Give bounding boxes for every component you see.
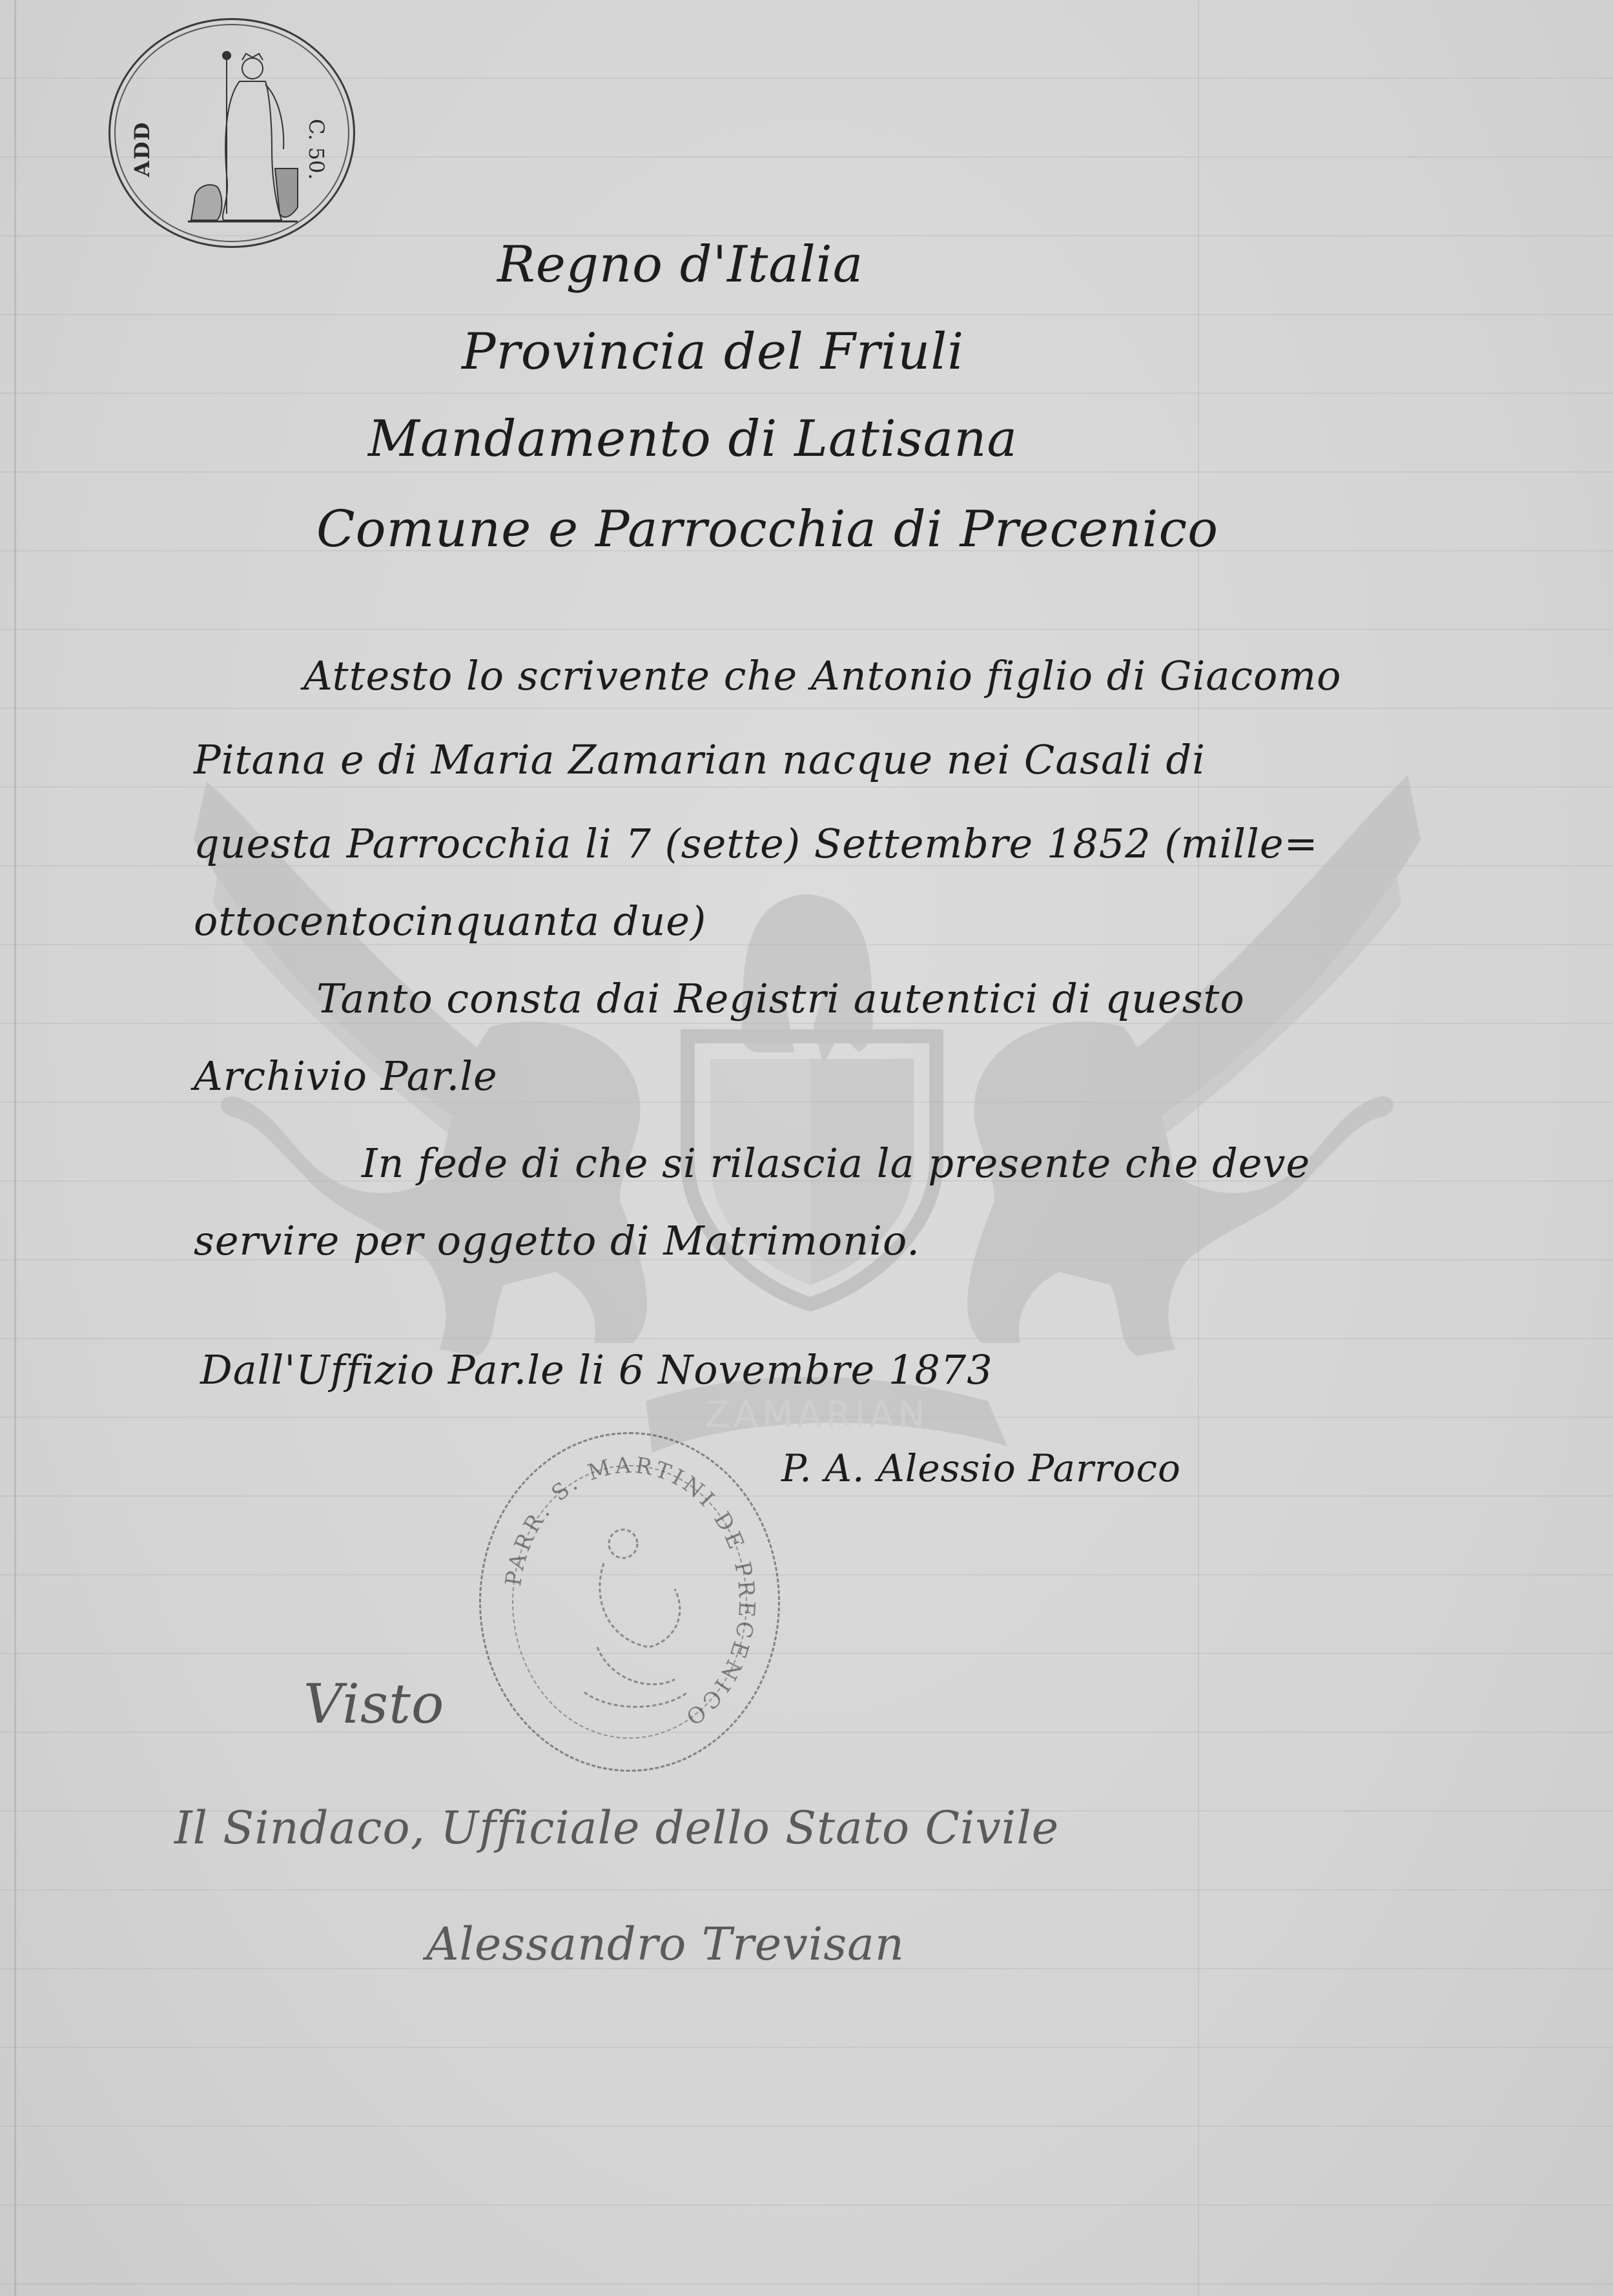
- place-date: Dall'Uffizio Par.le li 6 Novembre 1873: [200, 1346, 993, 1393]
- revenue-stamp: ADD C. 50.: [108, 18, 355, 248]
- body-line: questa Parrocchia li 7 (sette) Settembre…: [194, 820, 1319, 867]
- body-line: Pitana e di Maria Zamarian nacque nei Ca…: [194, 736, 1206, 783]
- svg-text:PARR. S. MARTINI DE PRECENICO: PARR. S. MARTINI DE PRECENICO: [500, 1452, 759, 1732]
- header-kingdom: Regno d'Italia: [497, 236, 863, 294]
- stamp-value: C. 50.: [303, 104, 329, 194]
- header-province: Provincia del Friuli: [462, 323, 964, 381]
- priest-signature: P. A. Alessio Parroco: [781, 1446, 1181, 1490]
- header-district: Mandamento di Latisana: [368, 410, 1018, 468]
- mayor-title: Il Sindaco, Ufficiale dello Stato Civile: [174, 1801, 1059, 1854]
- body-line: Attesto lo scrivente che Antonio figlio …: [303, 652, 1341, 699]
- visto-label: Visto: [303, 1672, 445, 1736]
- saint-martin-horseman-icon: PARR. S. MARTINI DE PRECENICO: [481, 1434, 778, 1770]
- header-municipality: Comune e Parrocchia di Precenico: [316, 500, 1218, 559]
- mayor-signature: Alessandro Trevisan: [426, 1918, 905, 1971]
- stamp-left-text: ADD: [130, 85, 156, 214]
- body-line: In fede di che si rilascia la presente c…: [362, 1140, 1310, 1187]
- body-line: ottocentocinquanta due): [194, 897, 706, 945]
- seal-text: PARR. S. MARTINI DE PRECENICO: [500, 1452, 759, 1732]
- body-line: Archivio Par.le: [194, 1052, 498, 1100]
- body-line: servire per oggetto di Matrimonio.: [194, 1217, 920, 1264]
- page-edge: [14, 0, 16, 2296]
- parish-seal: PARR. S. MARTINI DE PRECENICO: [479, 1432, 780, 1772]
- body-line: Tanto consta dai Registri autentici di q…: [316, 975, 1245, 1022]
